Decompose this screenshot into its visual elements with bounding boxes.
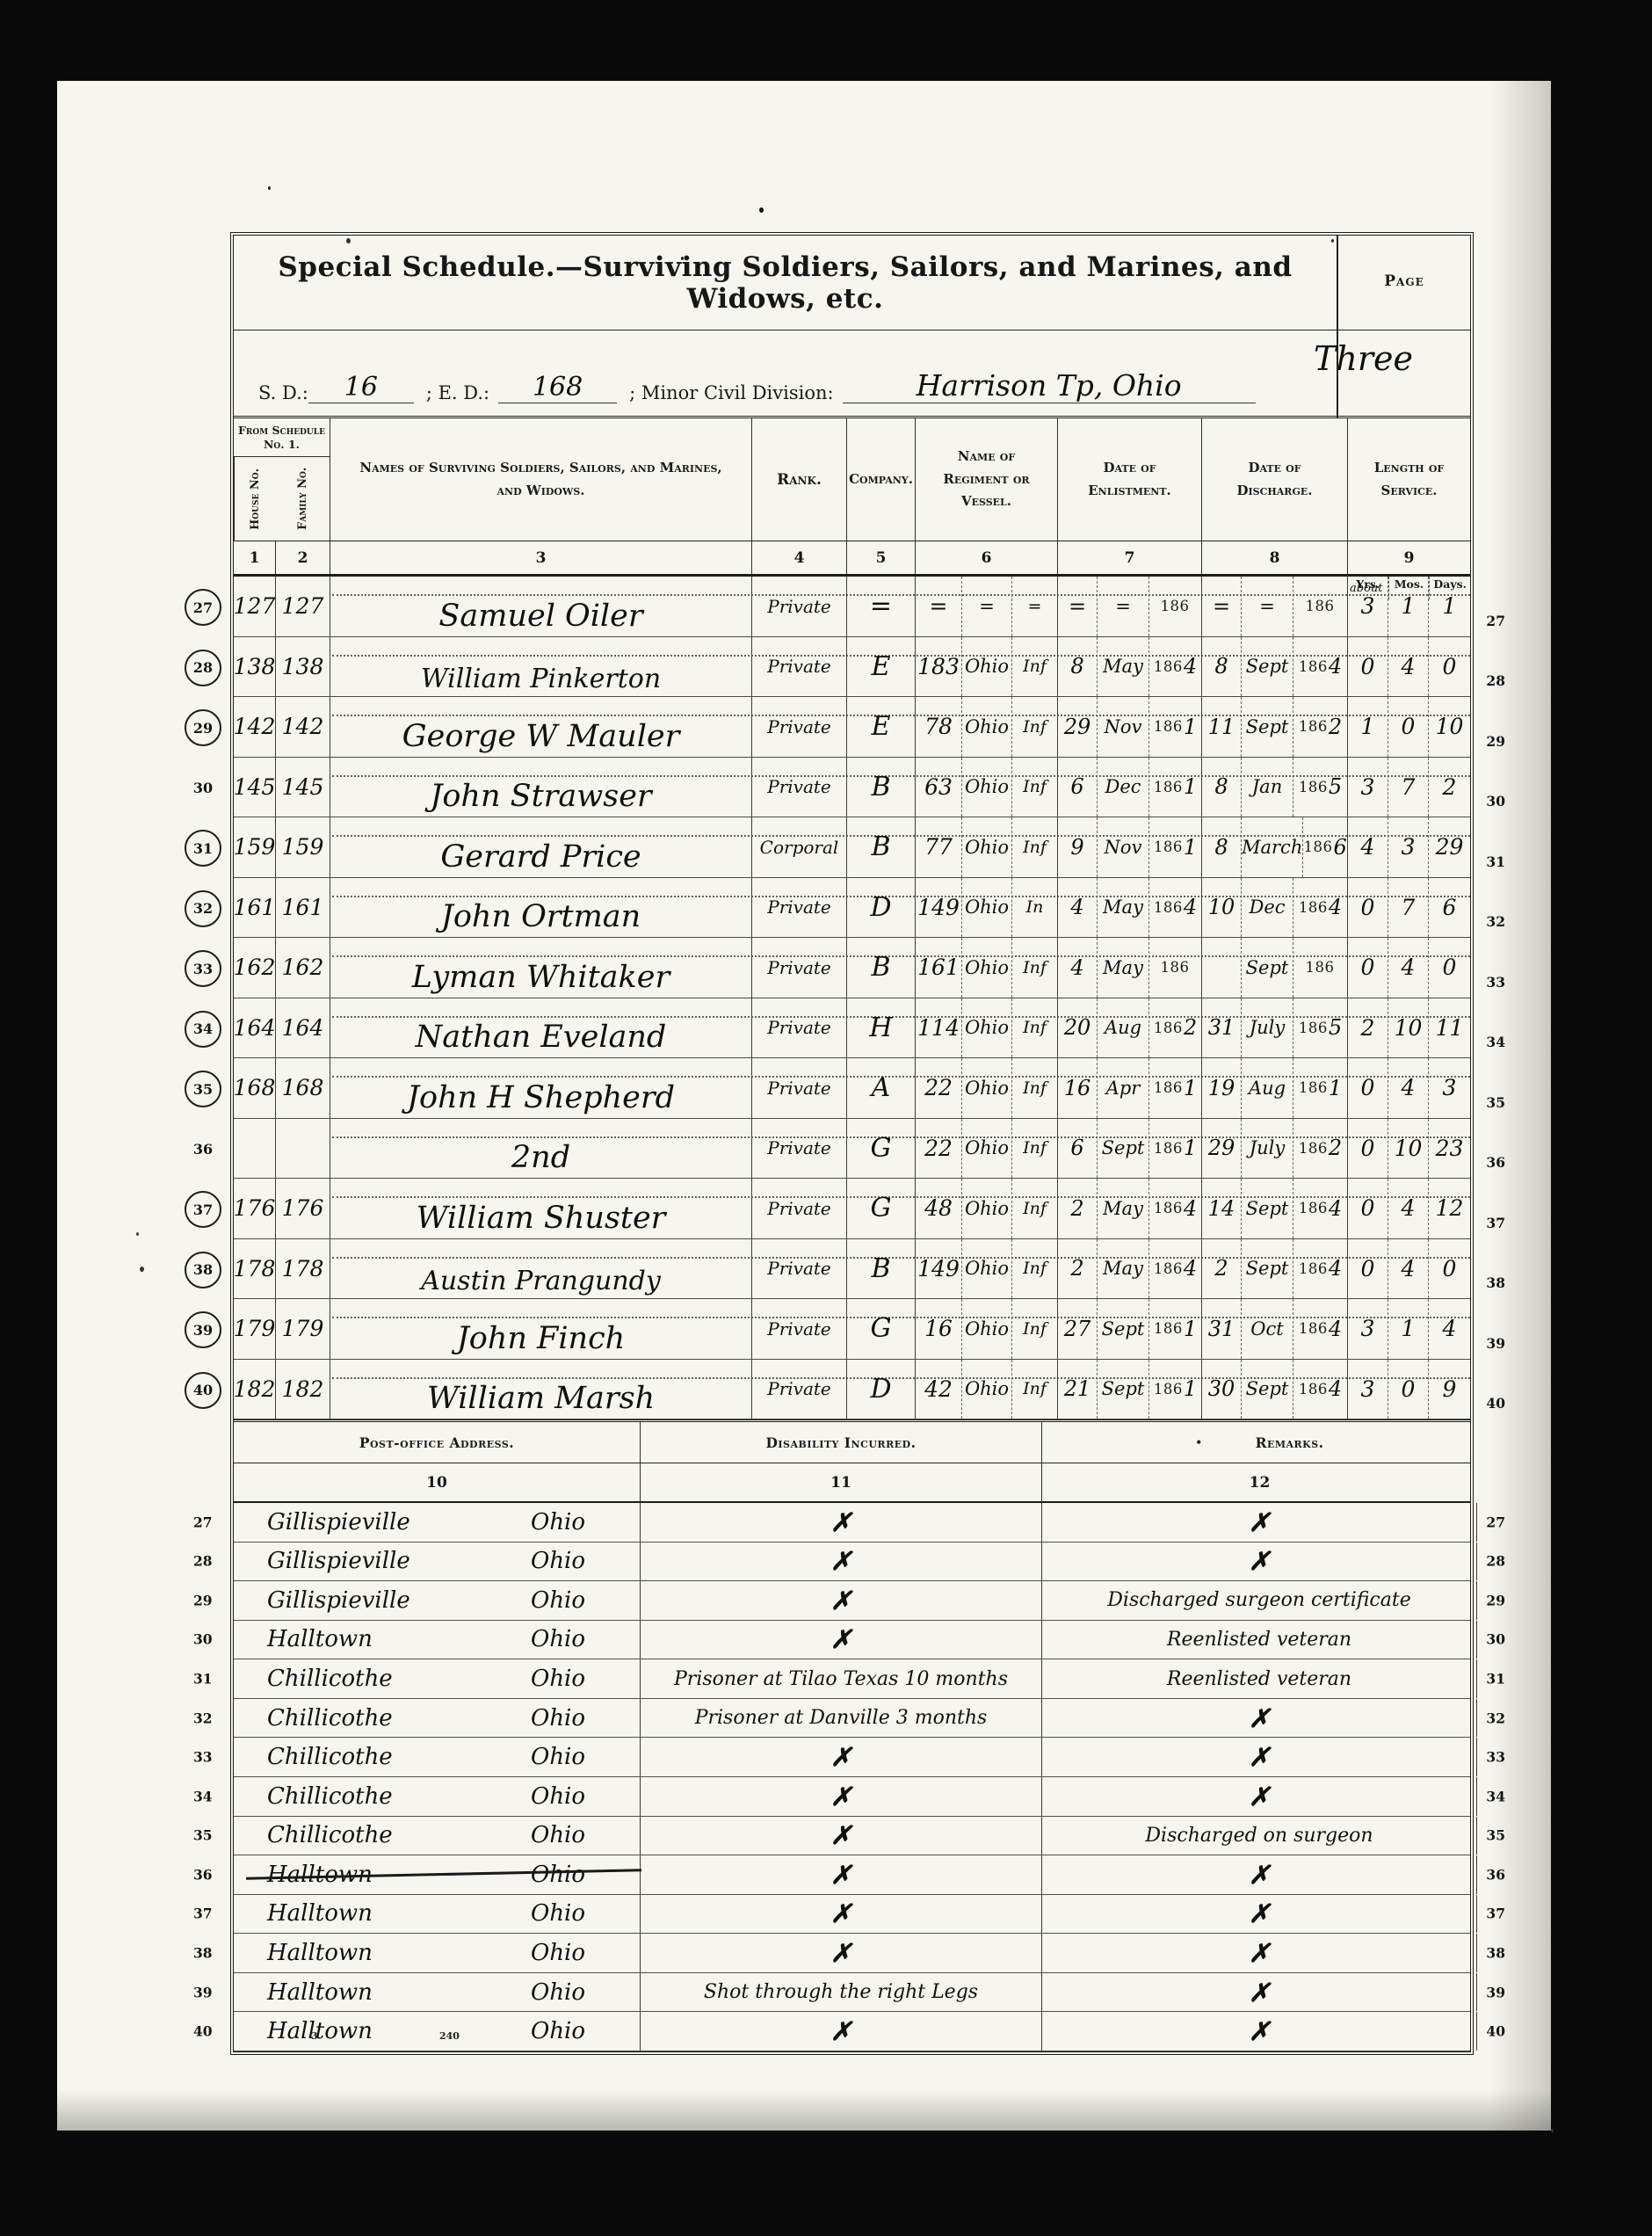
family-no: 176 [282, 1195, 324, 1221]
remarks-cell: ✗ [1042, 1855, 1477, 1894]
soldier-row: 31 159 159 Gerard Price Corporal B 77 Oh… [234, 817, 1470, 878]
rank-cell: Private [752, 1058, 847, 1118]
footer-number-left: 3 [311, 2030, 318, 2042]
years-cell: 0 [1348, 878, 1388, 938]
discharge-year: 1864 [1293, 1360, 1347, 1419]
house-no: 178 [234, 1256, 276, 1281]
days-cell: 11 [1429, 998, 1470, 1058]
line-number-left: 34 [193, 1788, 213, 1804]
regiment-number: 78 [916, 697, 961, 757]
enlist-day: 27 [1058, 1299, 1097, 1359]
enlist-year-digit: 1 [1184, 1076, 1197, 1100]
regiment-cell: 114 Ohio Inf [916, 998, 1058, 1058]
discharge-year-printed: 186 [1306, 959, 1335, 976]
regiment-cell: 149 Ohio Inf [916, 1239, 1058, 1299]
remarks-cell: ✗ [1042, 1543, 1477, 1581]
address-cell: Gillispieville Ohio [234, 1503, 641, 1542]
enlist-month: Nov [1097, 697, 1148, 757]
address-header: Post-office Address. [234, 1422, 641, 1463]
enlist-month: May [1097, 1239, 1148, 1299]
soldier-row: 30 145 145 John Strawser Private B 63 Oh… [234, 758, 1470, 818]
enlist-day: 6 [1058, 1119, 1097, 1179]
line-number-right: 37 [1486, 1906, 1505, 1922]
regiment-branch: Inf [1011, 637, 1057, 697]
film-specks [268, 186, 271, 190]
house-no-cell: 168 [234, 1058, 276, 1118]
regiment-state: Ohio [961, 697, 1011, 757]
months-cell: 4 [1388, 938, 1429, 998]
months-cell: 3 [1388, 817, 1429, 877]
enlist-year-digit: 4 [1184, 895, 1197, 919]
regiment-branch: Inf [1011, 758, 1057, 817]
enlist-year: 1864 [1148, 1239, 1201, 1299]
company-cell: H [847, 998, 916, 1058]
regiment-cell: = = = [916, 577, 1058, 636]
days-cell: 23 [1429, 1119, 1470, 1179]
company-cell: B [847, 817, 916, 877]
regiment-state: Ohio [961, 1058, 1011, 1118]
years-value: 0 [1361, 1256, 1375, 1281]
discharge-cell: 30 Sept 1864 [1202, 1360, 1348, 1419]
po-town: Halltown [267, 1862, 531, 1888]
family-no-cell [276, 1119, 330, 1179]
enlist-year: 186 [1148, 938, 1201, 998]
address-row: 34 Chillicothe Ohio ✗ ✗ 34 [234, 1777, 1470, 1817]
discharge-day: = [1202, 577, 1241, 636]
regiment-cell: 78 Ohio Inf [916, 697, 1058, 757]
enlist-year-digit: 1 [1184, 1317, 1197, 1341]
enlist-year: 186 [1148, 577, 1201, 636]
family-no-cell: 138 [276, 637, 330, 697]
months-cell: 1 [1388, 1299, 1429, 1359]
enlist-year-digit: 4 [1184, 1196, 1197, 1221]
line-number-left: 30 [193, 1631, 213, 1648]
regiment-branch: Inf [1011, 697, 1057, 757]
regiment-number: 161 [916, 938, 961, 998]
sd-value-handwritten: 16 [308, 372, 414, 403]
name-cell: William Shuster [330, 1179, 752, 1238]
remarks-value: ✗ [1249, 1782, 1270, 1811]
days-value: 0 [1443, 654, 1457, 679]
house-no-cell: 164 [234, 998, 276, 1058]
family-no-cell: 168 [276, 1058, 330, 1118]
address-cell: Chillicothe Ohio [234, 1659, 641, 1698]
disability-value: ✗ [830, 1624, 851, 1654]
soldier-row: 39 179 179 John Finch Private G 16 Ohio … [234, 1299, 1470, 1360]
enlist-year-digit: 1 [1184, 1376, 1197, 1401]
enlist-month: Sept [1097, 1119, 1148, 1179]
regiment-cell: 149 Ohio In [916, 878, 1058, 938]
enlistment-cell: 2 May 1864 [1058, 1179, 1202, 1238]
rank-value: Private [767, 1198, 831, 1219]
family-no-cell: 142 [276, 697, 330, 757]
discharge-month: March [1241, 817, 1302, 877]
house-no-cell: 142 [234, 697, 276, 757]
address-row: 27 Gillispieville Ohio ✗ ✗ 27 [234, 1503, 1470, 1543]
discharge-cell: 14 Sept 1864 [1202, 1179, 1348, 1238]
title-band: Special Schedule.—Surviving Soldiers, Sa… [234, 236, 1470, 330]
address-cell: Halltown Ohio [234, 1895, 641, 1934]
family-no-cell: 161 [276, 878, 330, 938]
col-num-4: 4 [752, 541, 847, 574]
discharge-year-printed: 186 [1299, 1140, 1328, 1157]
rank-value: Corporal [760, 837, 839, 858]
enlist-year-printed: 186 [1154, 718, 1183, 735]
po-town: Chillicothe [267, 1783, 531, 1810]
discharge-month: Sept [1241, 697, 1293, 757]
col-num-12: 12 [1042, 1463, 1477, 1501]
discharge-month: Sept [1241, 1239, 1293, 1299]
soldier-name: William Marsh [427, 1383, 655, 1419]
soldier-row: 34 164 164 Nathan Eveland Private H 114 … [234, 998, 1470, 1059]
discharge-year: 1864 [1293, 1179, 1347, 1238]
months-cell: 0 [1388, 697, 1429, 757]
discharge-year-printed: 186 [1304, 838, 1333, 855]
col-num-8: 8 [1202, 541, 1348, 574]
line-number-left: 40 [185, 1372, 221, 1409]
line-number-left: 37 [193, 1906, 213, 1922]
years-cell: 3 [1348, 1360, 1388, 1419]
line-number-right: 31 [1486, 853, 1505, 870]
soldier-name: Lyman Whitaker [412, 962, 670, 998]
years-value: 3 [1361, 774, 1375, 800]
remarks-value: ✗ [1249, 2016, 1270, 2046]
soldier-name: John Ortman [441, 901, 641, 937]
soldier-name: Gerard Price [440, 841, 641, 877]
company-cell: B [847, 1239, 916, 1299]
disability-cell: Prisoner at Danville 3 months [641, 1699, 1042, 1738]
remarks-value: Discharged surgeon certificate [1107, 1589, 1410, 1611]
line-number-left: 33 [185, 950, 221, 987]
regiment-cell: 63 Ohio Inf [916, 758, 1058, 817]
company-cell: D [847, 1360, 916, 1419]
line-number-right: 34 [1486, 1034, 1505, 1050]
family-no-cell: 178 [276, 1239, 330, 1299]
discharge-year-printed: 186 [1299, 1200, 1328, 1216]
discharge-month: July [1241, 1119, 1293, 1179]
enlistment-cell: = = 186 [1058, 577, 1202, 636]
name-cell: Nathan Eveland [330, 998, 752, 1058]
months-value: 10 [1395, 1015, 1423, 1041]
discharge-cell: 31 Oct 1864 [1202, 1299, 1348, 1359]
discharge-cell: 10 Dec 1864 [1202, 878, 1348, 938]
discharge-year-printed: 186 [1299, 718, 1328, 735]
enlist-year-printed: 186 [1154, 658, 1183, 675]
remarks-cell: Discharged on surgeon [1042, 1817, 1477, 1855]
disability-value: Prisoner at Danville 3 months [695, 1707, 988, 1729]
discharge-cell: 8 March 1866 [1202, 817, 1348, 877]
family-no-cell: 164 [276, 998, 330, 1058]
disability-cell: ✗ [641, 1503, 1042, 1542]
family-no-cell: 179 [276, 1299, 330, 1359]
enlist-year-printed: 186 [1154, 1260, 1183, 1277]
disability-cell: ✗ [641, 1817, 1042, 1855]
regiment-cell: 48 Ohio Inf [916, 1179, 1058, 1238]
rank-value: Private [767, 1078, 831, 1099]
line-number-right: 38 [1486, 1944, 1505, 1961]
discharge-year-printed: 186 [1299, 1260, 1328, 1277]
enlist-year: 1864 [1148, 1179, 1201, 1238]
regiment-branch: Inf [1011, 1360, 1057, 1419]
discharge-year: 1864 [1293, 637, 1347, 697]
disability-cell: ✗ [641, 1855, 1042, 1894]
months-value: 4 [1402, 1195, 1416, 1221]
days-value: 9 [1443, 1376, 1457, 1402]
enlist-month: May [1097, 1179, 1148, 1238]
po-state: Ohio [531, 1548, 585, 1574]
line-number-left: 32 [193, 1710, 213, 1726]
years-value: 2 [1361, 1015, 1375, 1041]
house-no-cell: 145 [234, 758, 276, 817]
family-no: 168 [282, 1075, 324, 1100]
col-num-6: 6 [916, 541, 1058, 574]
line-number-right: 29 [1486, 1592, 1505, 1608]
house-no: 164 [234, 1015, 276, 1041]
line-number-right: 32 [1486, 913, 1505, 930]
house-no-cell: 127 [234, 577, 276, 636]
line-number-right: 28 [1486, 1553, 1505, 1570]
remarks-cell: Discharged surgeon certificate [1042, 1581, 1477, 1620]
address-row: 35 Chillicothe Ohio ✗ Discharged on surg… [234, 1817, 1470, 1856]
years-cell: 0 [1348, 637, 1388, 697]
line-number-right: 30 [1486, 793, 1505, 809]
po-town: Chillicothe [267, 1744, 531, 1770]
months-cell: 4 [1388, 637, 1429, 697]
company-value: D [870, 892, 891, 923]
disability-value: Shot through the right Legs [704, 1981, 978, 2003]
address-row: 40 Halltown Ohio ✗ ✗ 40 [234, 2012, 1470, 2051]
rank-cell: Private [752, 1179, 847, 1238]
rank-value: Private [767, 656, 831, 677]
line-number-right: 36 [1486, 1866, 1505, 1883]
enlist-year-printed: 186 [1154, 899, 1183, 916]
house-no-cell: 179 [234, 1299, 276, 1359]
po-state: Ohio [531, 1705, 585, 1731]
enlist-year-printed: 186 [1154, 779, 1183, 795]
enlist-day: 8 [1058, 637, 1097, 697]
disability-value: ✗ [830, 2016, 851, 2046]
days-value: 0 [1443, 955, 1457, 980]
disability-value: ✗ [830, 1586, 851, 1615]
company-value: E [872, 711, 891, 742]
soldier-rows: 27 127 127 Samuel Oiler Private = = = = … [234, 577, 1470, 1419]
discharge-year-printed: 186 [1299, 1320, 1328, 1337]
discharge-month: Sept [1241, 637, 1293, 697]
remarks-label: Remarks. [1256, 1434, 1324, 1451]
years-value: 3 [1361, 1316, 1375, 1341]
enlistment-cell: 9 Nov 1861 [1058, 817, 1202, 877]
discharge-year-digit: 4 [1329, 1256, 1342, 1281]
discharge-day: 19 [1202, 1058, 1241, 1118]
company-cell: G [847, 1179, 916, 1238]
name-cell: Gerard Price [330, 817, 752, 877]
rank-cell: Private [752, 637, 847, 697]
years-value: 3 [1361, 1376, 1375, 1402]
form-sheet: Special Schedule.—Surviving Soldiers, Sa… [230, 232, 1474, 2055]
name-cell: John H Shepherd [330, 1058, 752, 1118]
company-value: G [871, 1313, 892, 1344]
line-number-right: 32 [1486, 1710, 1505, 1726]
family-no: 178 [282, 1256, 324, 1281]
po-state: Ohio [531, 1862, 585, 1888]
disability-cell: ✗ [641, 1621, 1042, 1659]
family-no-cell: 159 [276, 817, 330, 877]
family-no-header: Family No. [276, 457, 330, 541]
length-subheaders: Yrs. Mos. Days. [1348, 577, 1470, 599]
paper-sheet: Special Schedule.—Surviving Soldiers, Sa… [57, 81, 1551, 2131]
column-headers: From Schedule No. 1. House No. Family No… [234, 418, 1470, 541]
family-no: 127 [282, 593, 324, 619]
days-cell: 0 [1429, 637, 1470, 697]
months-cell: 7 [1388, 758, 1429, 817]
regiment-number: 183 [916, 637, 961, 697]
enlist-year-digit: 1 [1184, 835, 1197, 860]
col-num-7: 7 [1058, 541, 1202, 574]
family-no: 182 [282, 1376, 324, 1402]
months-cell: 4 [1388, 1239, 1429, 1299]
house-no-cell: 176 [234, 1179, 276, 1238]
house-no: 142 [234, 714, 276, 739]
disability-value: ✗ [830, 1898, 851, 1928]
enlist-year: 1864 [1148, 878, 1201, 938]
family-no-cell: 176 [276, 1179, 330, 1238]
rank-cell: Private [752, 1119, 847, 1179]
address-cell: Halltown Ohio [234, 1934, 641, 1972]
column-numbers: 1 2 3 4 5 6 7 8 9 [234, 541, 1470, 577]
family-no: 145 [282, 774, 324, 800]
name-cell: John Ortman [330, 878, 752, 938]
rank-cell: Private [752, 1299, 847, 1359]
po-state: Ohio [531, 1900, 585, 1927]
regiment-number: = [916, 577, 961, 636]
regiment-branch: Inf [1011, 998, 1057, 1058]
remarks-value: ✗ [1249, 1898, 1270, 1928]
remarks-value: ✗ [1249, 1742, 1270, 1772]
rank-cell: Private [752, 938, 847, 998]
family-no-cell: 127 [276, 577, 330, 636]
years-cell: 0 [1348, 1119, 1388, 1179]
address-rows: 27 Gillispieville Ohio ✗ ✗ 27 28 Gillisp… [234, 1503, 1470, 2051]
disability-cell: Prisoner at Tilao Texas 10 months [641, 1659, 1042, 1698]
soldier-row: 40 182 182 William Marsh Private D 42 Oh… [234, 1360, 1470, 1420]
enlist-year-printed: 186 [1161, 598, 1190, 614]
regiment-branch: Inf [1011, 938, 1057, 998]
name-cell: 2nd [330, 1119, 752, 1179]
discharge-year-printed: 186 [1299, 899, 1328, 916]
enlist-day: 6 [1058, 758, 1097, 817]
line-number-left: 32 [185, 890, 221, 927]
regiment-number: 48 [916, 1179, 961, 1238]
po-town: Halltown [267, 1979, 531, 2006]
disability-cell: ✗ [641, 1738, 1042, 1776]
years-value: 4 [1361, 834, 1375, 860]
months-cell: 4 [1388, 1058, 1429, 1118]
regiment-number: 16 [916, 1299, 961, 1359]
company-value: = [870, 591, 892, 621]
enlist-year-digit: 4 [1184, 1256, 1197, 1281]
company-cell: E [847, 637, 916, 697]
regiment-branch: Inf [1011, 1119, 1057, 1179]
address-cell: Halltown Ohio [234, 1621, 641, 1659]
regiment-state: Ohio [961, 758, 1011, 817]
discharge-year-printed: 186 [1299, 1020, 1328, 1036]
address-cell: Chillicothe Ohio [234, 1817, 641, 1855]
from-schedule-header: From Schedule No. 1. House No. Family No… [234, 418, 330, 541]
name-cell: John Strawser [330, 758, 752, 817]
address-row: 33 Chillicothe Ohio ✗ ✗ 33 [234, 1738, 1470, 1777]
house-no-cell: 159 [234, 817, 276, 877]
line-number-right: 40 [1486, 2023, 1505, 2040]
discharge-day: 31 [1202, 1299, 1241, 1359]
disability-cell: ✗ [641, 2012, 1042, 2051]
address-row: 39 Halltown Ohio Shot through the right … [234, 1973, 1470, 2013]
regiment-cell: 22 Ohio Inf [916, 1058, 1058, 1118]
discharge-month: Sept [1241, 1360, 1293, 1419]
regiment-state: Ohio [961, 1239, 1011, 1299]
enlist-year: 1861 [1148, 758, 1201, 817]
soldier-row: 35 168 168 John H Shepherd Private A 22 … [234, 1058, 1470, 1119]
regiment-cell: 22 Ohio Inf [916, 1119, 1058, 1179]
line-number-right: 33 [1486, 1749, 1505, 1766]
enlistment-cell: 20 Aug 1862 [1058, 998, 1202, 1058]
discharge-year: 1862 [1293, 1119, 1347, 1179]
discharge-year-printed: 186 [1299, 1079, 1328, 1096]
po-state: Ohio [531, 1587, 585, 1614]
discharge-month: Aug [1241, 1058, 1293, 1118]
address-row: 29 Gillispieville Ohio ✗ Discharged surg… [234, 1581, 1470, 1621]
discharge-year-printed: 186 [1299, 779, 1328, 795]
years-cell: 0 [1348, 938, 1388, 998]
enlistment-header: Date of Enlistment. [1058, 418, 1202, 541]
discharge-year: 1865 [1293, 998, 1347, 1058]
discharge-day: 8 [1202, 758, 1241, 817]
months-cell: 0 [1388, 1360, 1429, 1419]
years-cell: 4 [1348, 817, 1388, 877]
line-number-left: 38 [193, 1944, 213, 1961]
enlist-month: May [1097, 637, 1148, 697]
years-cell: 2 [1348, 998, 1388, 1058]
mos-subheader: Mos. [1388, 577, 1430, 599]
enlist-month: Sept [1097, 1299, 1148, 1359]
discharge-month: Dec [1241, 878, 1293, 938]
address-row: 37 Halltown Ohio ✗ ✗ 37 [234, 1895, 1470, 1935]
po-town: Gillispieville [267, 1587, 531, 1614]
enlist-day: 2 [1058, 1239, 1097, 1299]
address-row: 31 Chillicothe Ohio Prisoner at Tilao Te… [234, 1659, 1470, 1699]
enlist-day: 9 [1058, 817, 1097, 877]
address-cell: Chillicothe Ohio [234, 1738, 641, 1776]
line-number-left: 37 [185, 1191, 221, 1228]
address-cell: Halltown Ohio [234, 2012, 641, 2051]
po-state: Ohio [531, 2018, 585, 2044]
disability-cell: ✗ [641, 1581, 1042, 1620]
enlist-day: 2 [1058, 1179, 1097, 1238]
discharge-year-digit: 5 [1329, 774, 1342, 799]
enlist-year-digit: 2 [1184, 1015, 1197, 1040]
discharge-year-digit: 4 [1329, 1317, 1342, 1341]
days-value: 10 [1436, 714, 1464, 739]
remarks-value: ✗ [1249, 1938, 1270, 1968]
discharge-day: 14 [1202, 1179, 1241, 1238]
discharge-day: 10 [1202, 878, 1241, 938]
house-no-cell: 161 [234, 878, 276, 938]
soldier-name: William Pinkerton [421, 665, 661, 697]
company-value: B [871, 952, 890, 983]
house-no: 168 [234, 1075, 276, 1100]
po-town: Halltown [267, 1900, 531, 1927]
remarks-header: • Remarks. [1042, 1422, 1477, 1463]
regiment-cell: 42 Ohio Inf [916, 1360, 1058, 1419]
